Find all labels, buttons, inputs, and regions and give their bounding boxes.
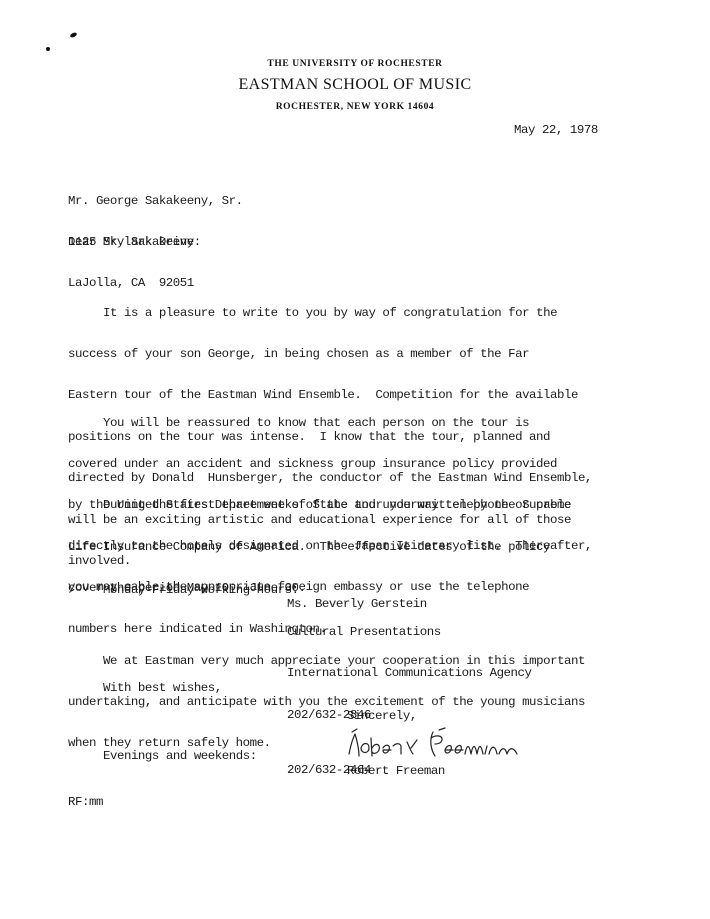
letter-date: May 22, 1978 <box>514 124 598 138</box>
contact-row-weekday: Monday-Friday working hours: Ms. Beverly… <box>103 571 131 585</box>
paragraph-line: directly to the hotels designated on the… <box>68 540 592 554</box>
closing-sincerely: Sincerely, <box>347 710 417 724</box>
recipient-name: Mr. George Sakakeeny, Sr. <box>68 195 243 209</box>
weekday-label: Monday-Friday working hours: <box>103 584 299 598</box>
scan-speck <box>46 47 50 51</box>
paragraph-line: During the first three weeks of the tour… <box>68 499 592 513</box>
letterhead-school: EASTMAN SCHOOL OF MUSIC <box>0 76 710 94</box>
paragraph-line: It is a pleasure to write to you by way … <box>68 307 592 321</box>
paragraph-line: We at Eastman very much appreciate your … <box>68 655 585 669</box>
paragraph-line: undertaking, and anticipate with you the… <box>68 696 585 710</box>
closing-wishes: With best wishes, <box>103 682 222 696</box>
scan-speck <box>69 32 77 39</box>
reference-initials: RF:mm <box>68 796 103 810</box>
paragraph-line: You will be reassured to know that each … <box>68 417 571 431</box>
paragraph-line: success of your son George, in being cho… <box>68 348 592 362</box>
paragraph-line: covered under an accident and sickness g… <box>68 458 571 472</box>
letterhead-university: THE UNIVERSITY OF ROCHESTER <box>0 59 710 69</box>
handwritten-signature <box>345 726 525 762</box>
signer-name: Robert Freeman <box>347 765 445 779</box>
contact-person: Ms. Beverly Gerstein <box>287 598 427 612</box>
letterhead-address: ROCHESTER, NEW YORK 14604 <box>0 102 710 112</box>
salutation: Dear Mr. Sakakeeny: <box>68 236 201 250</box>
body-paragraph-contact-info: During the first three weeks of the tour… <box>68 471 592 650</box>
